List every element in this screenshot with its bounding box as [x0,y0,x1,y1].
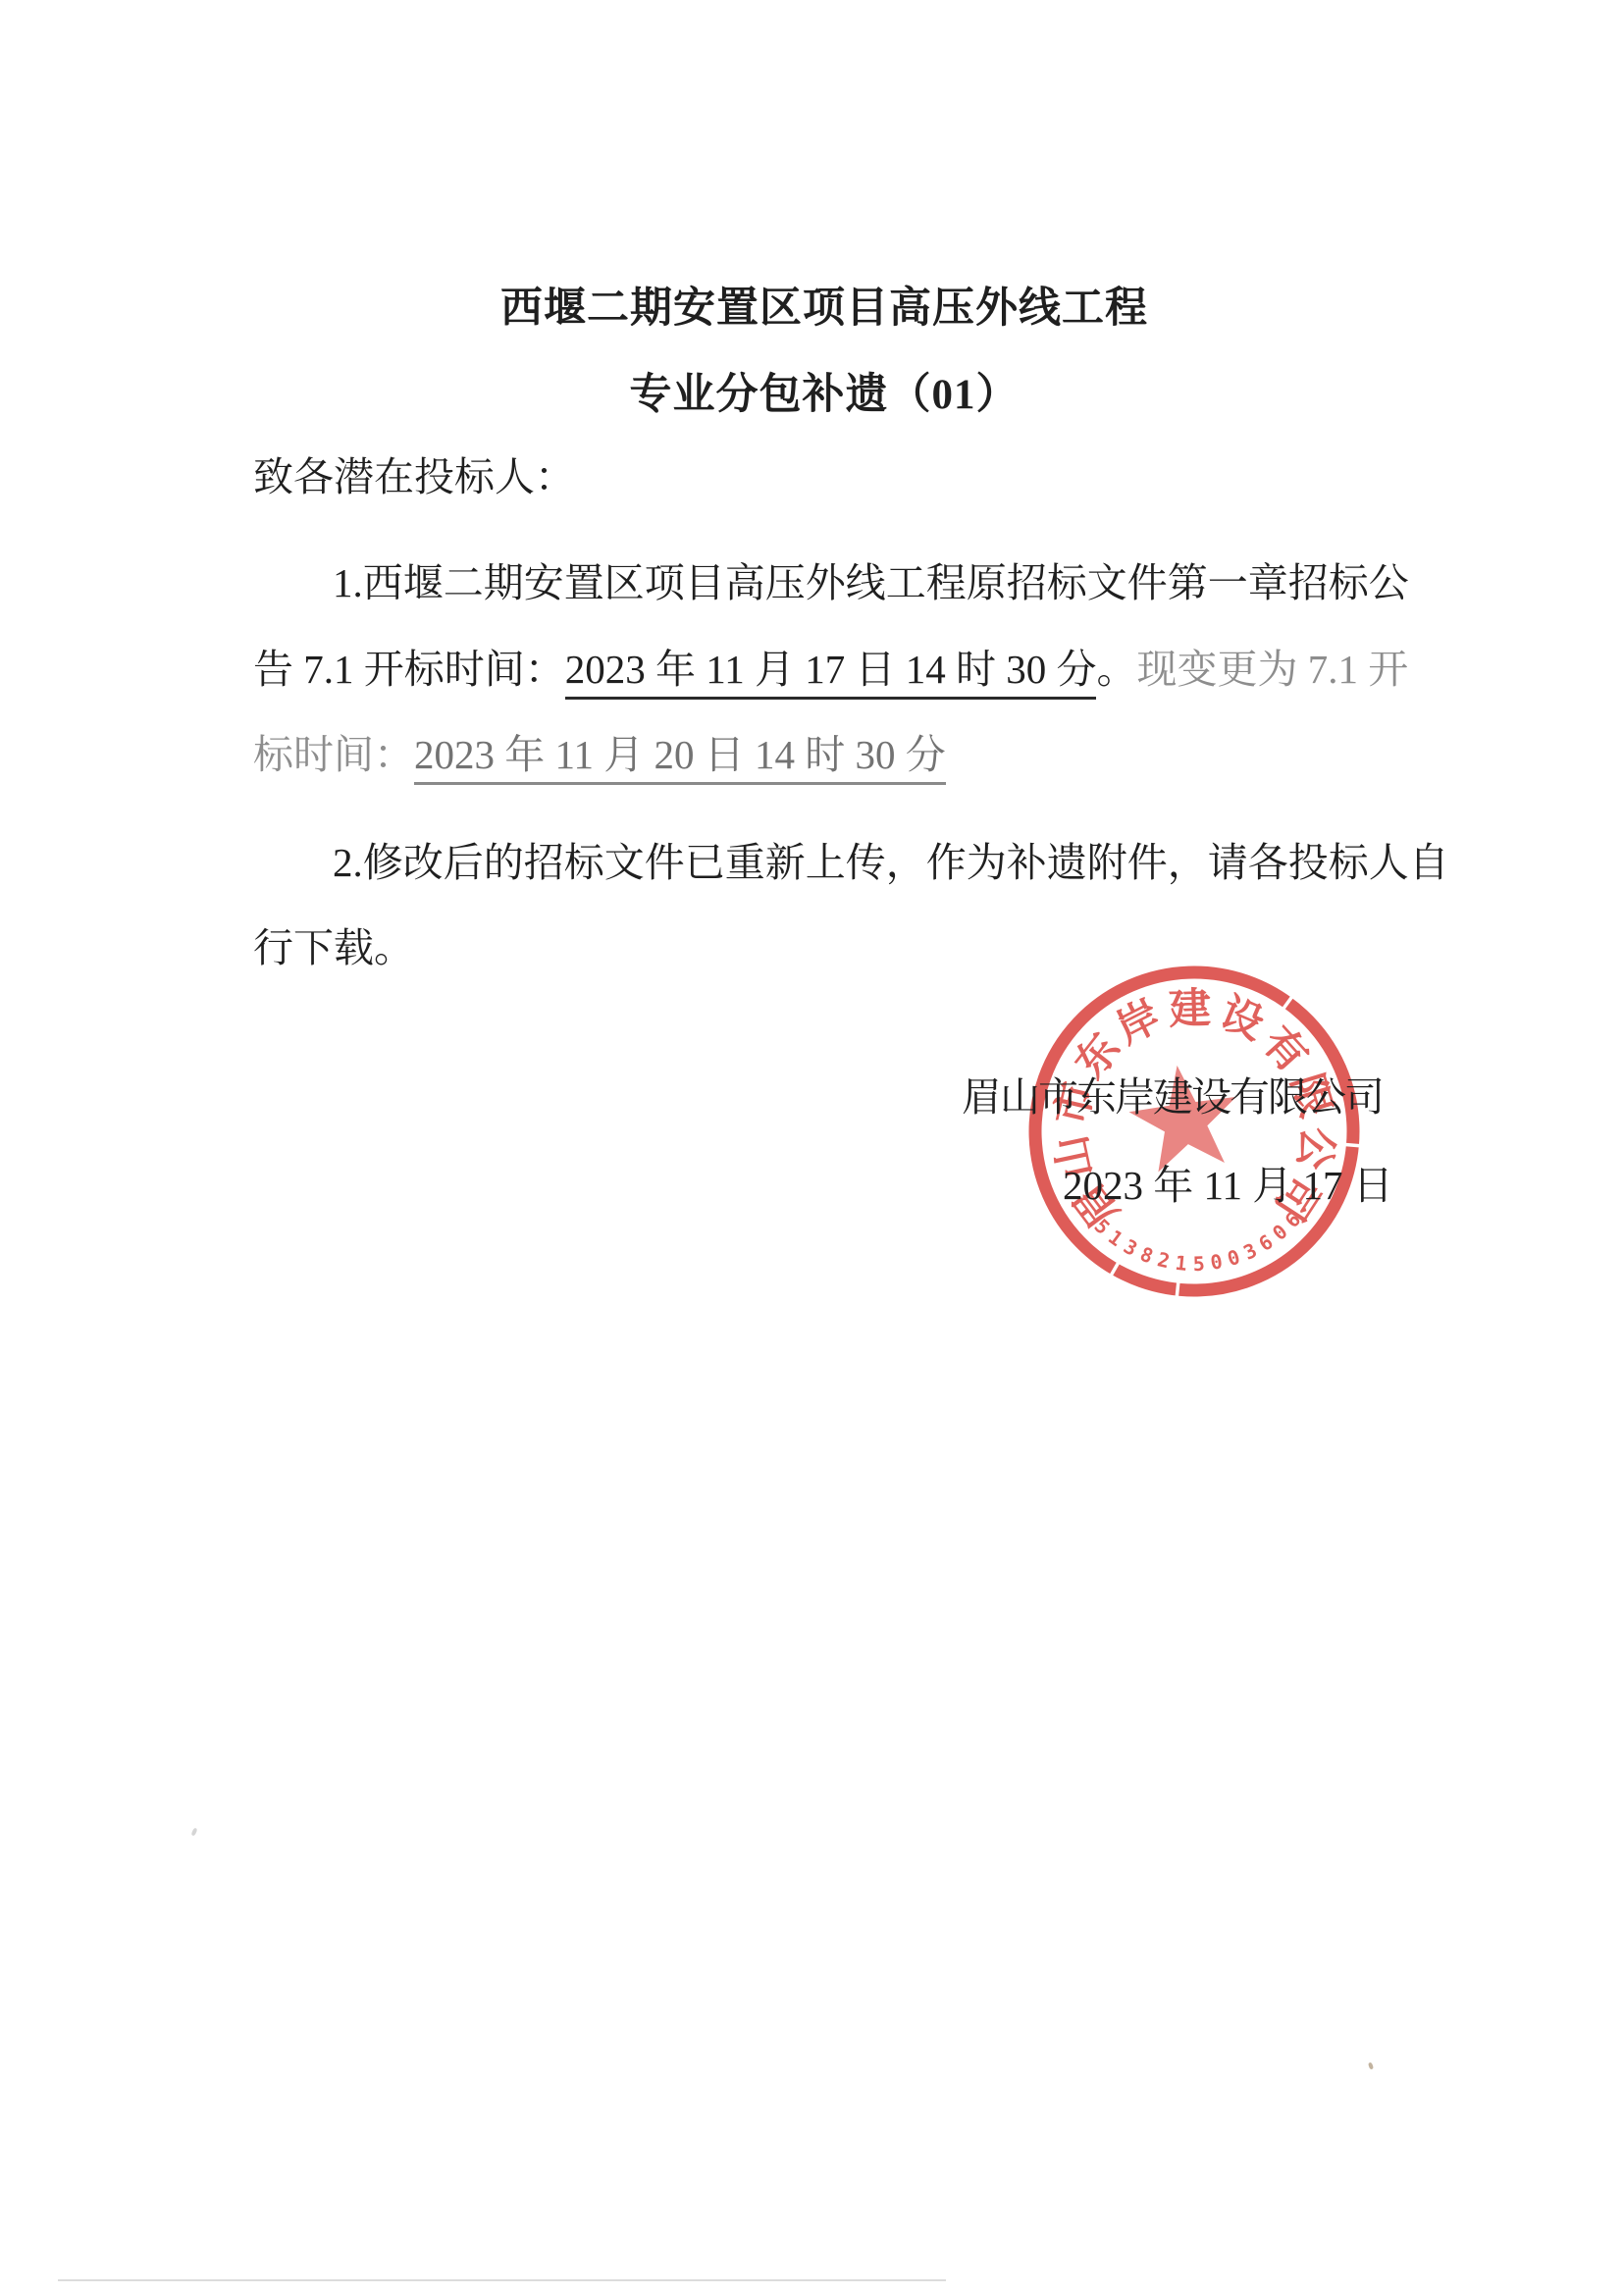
signature-company: 眉山市东岸建设有限公司 [962,1073,1383,1121]
old-bid-opening-datetime: 2023 年 11 月 17 日 14 时 30 分 [565,647,1097,700]
salutation: 致各潜在投标人： [253,453,575,500]
svg-text:8: 8 [1137,1242,1157,1269]
company-seal: 眉山市东岸建设有限公司 5138215003606 [1013,950,1376,1313]
svg-text:建: 建 [1168,985,1212,1033]
period-mark: 。 [1096,647,1136,692]
scan-speck [190,1828,197,1837]
document-title-line2: 专业分包补遗（01） [26,371,1623,421]
new-bid-opening-datetime: 2023 年 11 月 20 日 14 时 30 分 [414,732,946,785]
scan-speck [1368,2062,1374,2070]
scan-edge-shadow [58,2279,946,2281]
svg-text:0: 0 [1209,1249,1225,1275]
signature-date: 2023 年 11 月 17 日 [1063,1162,1393,1209]
svg-text:1: 1 [1174,1251,1187,1276]
bid-opening-label: 告 7.1 开标时间： [253,647,565,692]
scanned-document-page: 眉山市东岸建设有限公司 5138215003606 西堰二期安置区项目高压外线工… [0,0,1623,2296]
paragraph2-line1: 2.修改后的招标文件已重新上传，作为补遗附件，请各投标人自 [333,839,1449,886]
svg-text:2: 2 [1155,1247,1172,1273]
svg-text:0: 0 [1225,1245,1243,1271]
paragraph2-line2: 行下载。 [253,924,414,971]
svg-text:3: 3 [1120,1234,1141,1261]
paragraph1-line1: 1.西堰二期安置区项目高压外线工程原招标文件第一章招标公 [333,559,1409,606]
svg-text:设: 设 [1213,989,1270,1049]
change-note: 现变更为 7.1 开 [1136,647,1408,692]
paragraph1-line3: 标时间：2023 年 11 月 20 日 14 时 30 分 [253,731,946,778]
svg-text:5: 5 [1192,1252,1205,1276]
svg-text:岸: 岸 [1109,992,1168,1053]
document-title-line1: 西堰二期安置区项目高压外线工程 [26,285,1623,335]
paragraph1-line2: 告 7.1 开标时间：2023 年 11 月 17 日 14 时 30 分。现变… [253,646,1408,693]
new-bid-opening-label: 标时间： [253,732,414,777]
